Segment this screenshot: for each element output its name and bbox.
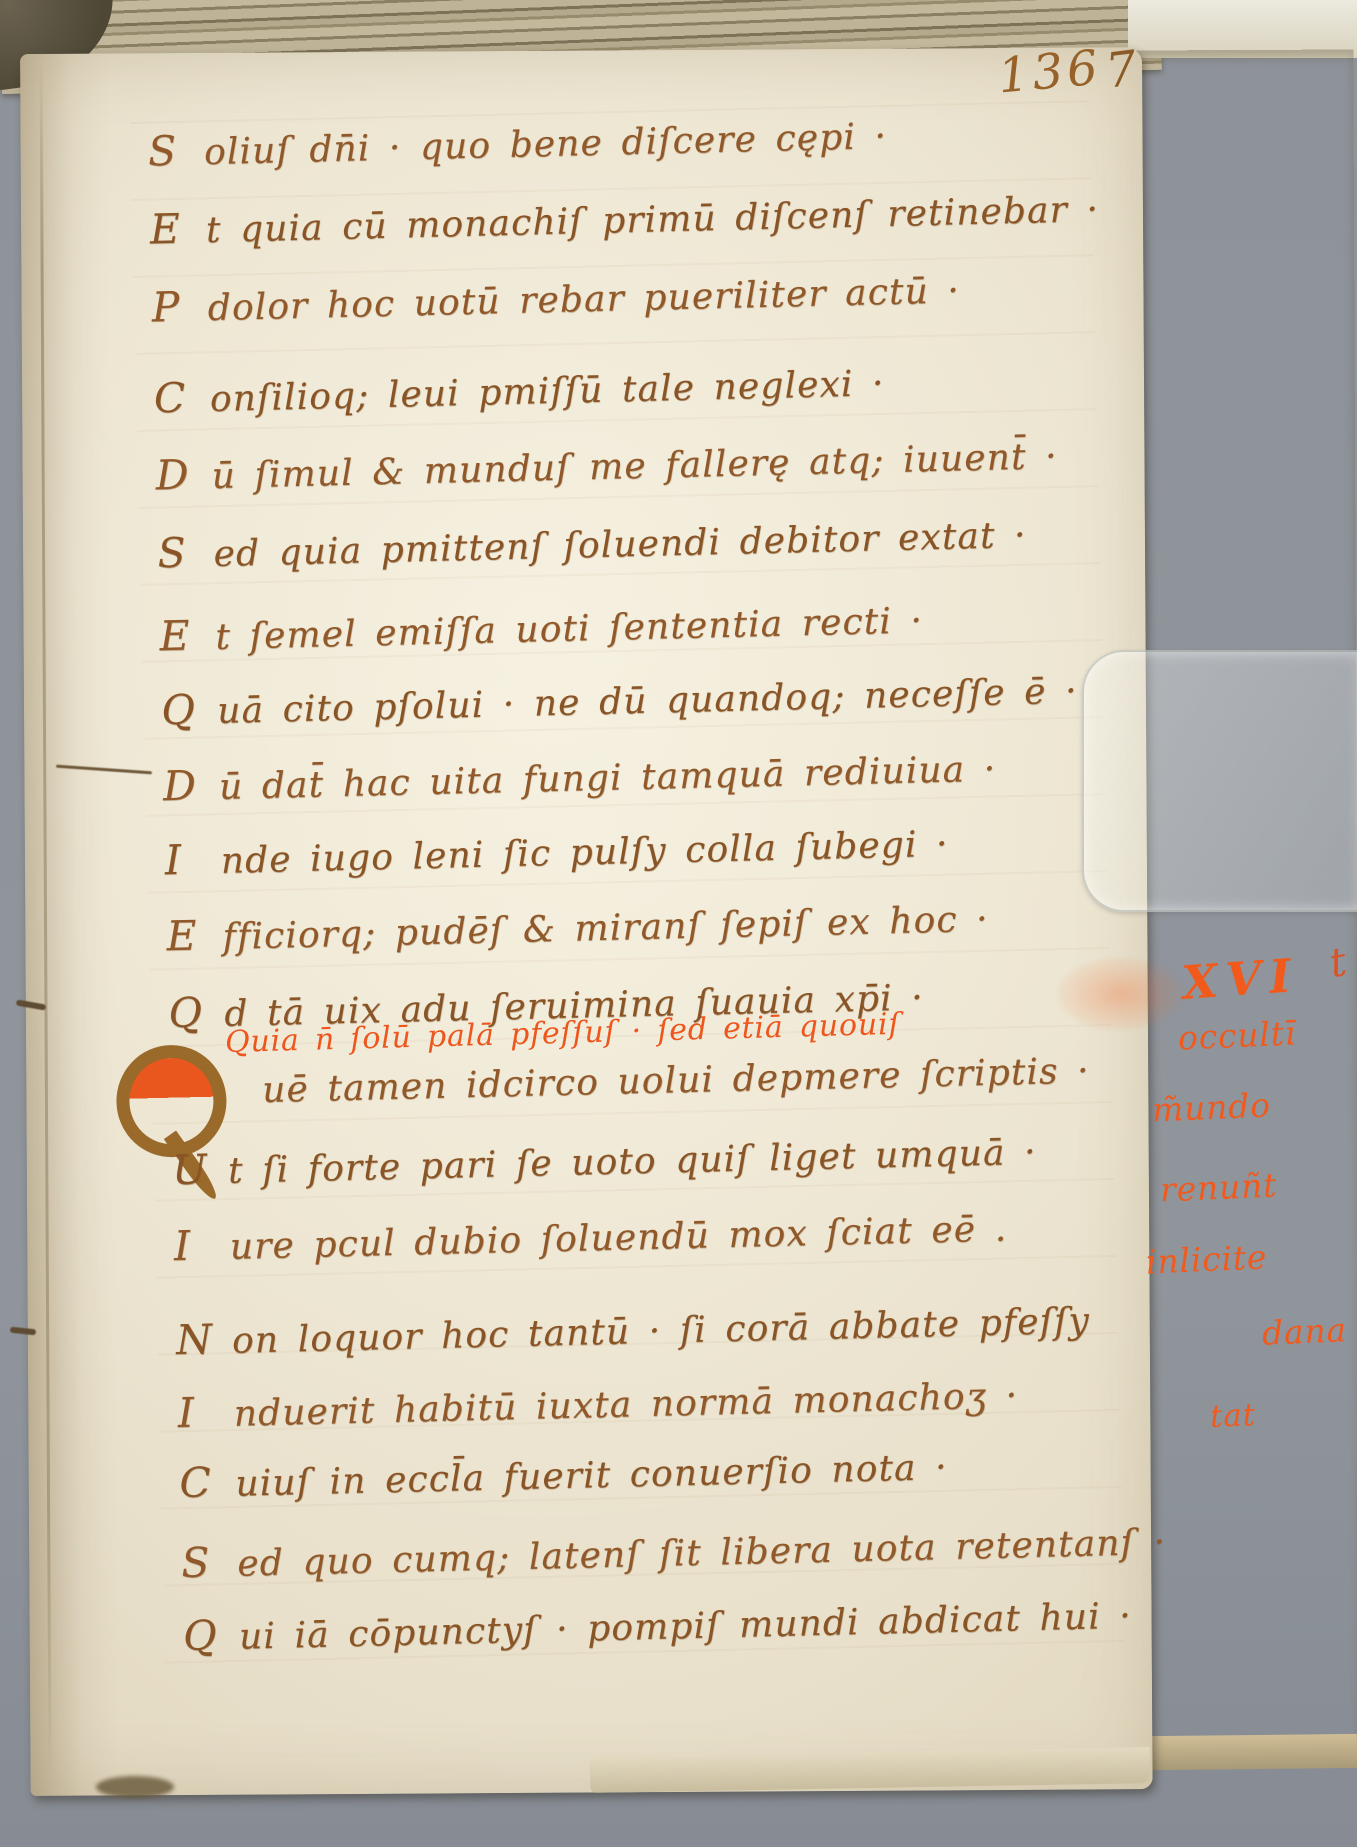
- manuscript-line: Conſilioq; leui pmiſſū tale neglexi ·: [153, 357, 885, 422]
- line-text: t quia cū monachiſ primū diſcenſ retineb…: [205, 189, 1099, 251]
- line-text: ed quia pmittenſ ſoluendi debitor extat …: [213, 515, 1027, 575]
- line-text: oliuſ dn̄i · quo bene diſcere cępi ·: [204, 116, 888, 173]
- folio-number: 136: [996, 40, 1104, 105]
- manuscript-line: Sed quia pmittenſ ſoluendi debitor extat…: [157, 509, 1027, 577]
- line-text: dolor hoc uotū rebar pueriliter actū ·: [207, 270, 960, 329]
- line-initial: E: [159, 611, 216, 660]
- line-text: uā cito pſolui · ne dū quandoq; neceſſe …: [217, 671, 1078, 732]
- line-initial: D: [155, 450, 212, 499]
- manuscript-line: Efficiorq; pudēſ & miranſ ſepiſ ex hoc ·: [166, 893, 989, 960]
- manuscript-line: Dū dat̄ hac uita fungi tamquā rediuiua ·: [162, 743, 996, 811]
- line-text: ū ſimul & munduſ me fallerę atq; iuuent̄…: [211, 436, 1058, 497]
- manuscript-line: Inde iugo leni ſic pulſy colla ſubegi ·: [164, 818, 949, 884]
- marginal-gloss: renuñt: [1159, 1165, 1278, 1209]
- line-initial: Q: [168, 988, 225, 1037]
- marginal-gloss: occultī: [1177, 1013, 1297, 1057]
- manuscript-line: Ut ſi forte pari ſe uoto quiſ liget umqu…: [172, 1126, 1038, 1194]
- line-text: t ſemel emiſſa uoti ſententia recti ·: [215, 600, 923, 658]
- text-block: Quia n̄ ſolū palā pfeſſuſ · ſed etiā quo…: [147, 95, 1214, 1719]
- manuscript-line: Pdolor hoc uotū rebar pueriliter actū ·: [151, 264, 960, 331]
- line-text: nduerit habitū iuxta normā monachoʒ ·: [233, 1375, 1018, 1434]
- manuscript-line: Cuiuſ in eccl̄a fuerit conuerſio nota ·: [179, 1441, 948, 1507]
- line-initial: S: [157, 528, 214, 577]
- manuscript-line: Dū ſimul & munduſ me fallerę atq; iuuent…: [155, 430, 1058, 499]
- line-text: uiuſ in eccl̄a fuerit conuerſio nota ·: [235, 1447, 948, 1505]
- line-initial: E: [166, 911, 223, 960]
- marginal-gloss: tat: [1209, 1397, 1256, 1435]
- line-initial: C: [179, 1458, 236, 1507]
- line-text: onſilioq; leui pmiſſū tale neglexi ·: [209, 363, 885, 420]
- line-initial: I: [177, 1388, 234, 1437]
- manuscript-line: Quā cito pſolui · ne dū quandoq; neceſſe…: [161, 665, 1078, 735]
- manuscript-line: Et quia cū monachiſ primū diſcenſ retine…: [149, 183, 1099, 253]
- line-text: on loquor hoc tantū · ſi corā abbate pfe…: [232, 1301, 1091, 1362]
- line-text: ure pcul dubio ſoluendū mox ſciat eē .: [229, 1208, 1007, 1267]
- marginal-gloss: inlicite: [1145, 1237, 1268, 1281]
- line-initial: I: [164, 835, 221, 884]
- manuscript-line: Et ſemel emiſſa uoti ſententia recti ·: [159, 594, 924, 660]
- manuscript-line: Non loquor hoc tantū · ſi corā abbate pf…: [176, 1295, 1091, 1365]
- line-initial: E: [149, 204, 206, 253]
- line-initial: S: [147, 126, 204, 175]
- line-text: ui iā cōpunctyſ · pompiſ mundi abdicat h…: [239, 1596, 1133, 1658]
- adjacent-folio-number: 7: [1103, 40, 1140, 99]
- line-initial: D: [162, 761, 219, 810]
- line-text: t ſi forte pari ſe uoto quiſ liget umquā…: [228, 1132, 1037, 1192]
- manuscript-photo: 136 7 XVI t Quia n̄ ſolū palā pfeſſuſ · …: [0, 0, 1357, 1847]
- corner-smudge: [96, 1776, 174, 1798]
- line-text: ū dat̄ hac uita fungi tamquā rediuiua ·: [219, 749, 997, 808]
- manuscript-line: Qui iā cōpunctyſ · pompiſ mundi abdicat …: [182, 1590, 1132, 1660]
- line-initial: Q: [161, 685, 218, 734]
- line-initial: S: [181, 1538, 238, 1587]
- line-initial: Q: [182, 1611, 239, 1660]
- line-text: fficiorq; pudēſ & miranſ ſepiſ ex hoc ·: [222, 899, 989, 958]
- manuscript-line: Soliuſ dn̄i · quo bene diſcere cępi ·: [147, 110, 887, 175]
- manuscript-line: Induerit habitū iuxta normā monachoʒ ·: [177, 1369, 1018, 1437]
- manuscript-line: Iure pcul dubio ſoluendū mox ſciat eē .: [173, 1202, 1007, 1270]
- line-initial: P: [151, 282, 208, 331]
- manuscript-line: Sed quo cumq; latenſ ſit libera uota ret…: [181, 1516, 1167, 1587]
- line-initial: N: [176, 1315, 233, 1364]
- marginal-gloss: dana: [1261, 1310, 1348, 1353]
- line-initial: C: [153, 373, 210, 422]
- line-text: ed quo cumq; latenſ ſit libera uota rete…: [237, 1522, 1167, 1585]
- line-initial: I: [173, 1221, 230, 1270]
- fore-edge-bottom: [1150, 1734, 1357, 1770]
- marginal-gloss: m̃undo: [1151, 1085, 1271, 1129]
- line-text: nde iugo leni ſic pulſy colla ſubegi ·: [220, 824, 949, 882]
- line-initial: U: [172, 1145, 229, 1194]
- line-text: uē tamen idcirco uolui depmere ſcriptis …: [262, 1050, 1090, 1110]
